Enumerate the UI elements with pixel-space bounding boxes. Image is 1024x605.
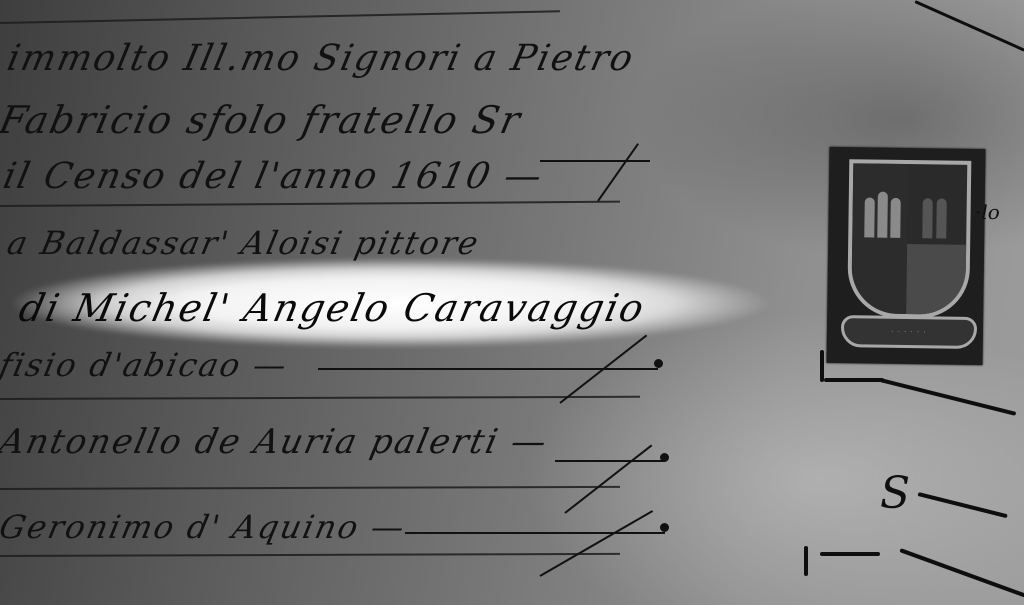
line-end-dot	[660, 523, 669, 532]
line-end-dash	[540, 160, 650, 162]
line-end-dash	[555, 460, 665, 462]
document-line-7: Antonello de Auria palerti —	[0, 422, 552, 462]
ink-stroke	[914, 0, 1024, 52]
ruled-line	[0, 201, 620, 207]
margin-note: ·lo	[975, 200, 1000, 224]
stamp-ribbon: · · · · · ·	[841, 315, 977, 349]
ruled-line	[0, 553, 620, 557]
line-end-dot	[654, 359, 663, 368]
ruled-line	[0, 486, 620, 490]
document-photo: immolto Ill.mo Signori a Pietro Fabricio…	[0, 0, 1024, 605]
margin-mark-dash	[918, 492, 1008, 518]
line-end-dash	[318, 368, 658, 370]
document-line-1: immolto Ill.mo Signori a Pietro	[4, 38, 639, 79]
document-line-5-highlighted: di Michel' Angelo Caravaggio	[15, 286, 649, 330]
margin-mark-tail	[880, 378, 1017, 416]
line-end-dot	[660, 453, 669, 462]
line-end-slash	[540, 510, 654, 577]
margin-note-s: S	[880, 468, 910, 519]
document-line-2: Fabricio sfolo fratello Sr	[0, 98, 526, 142]
margin-mark-l2-vertical	[804, 546, 808, 576]
margin-mark-tail-2	[899, 548, 1024, 600]
line-end-slash	[597, 143, 639, 201]
margin-mark-l-base	[824, 378, 884, 382]
ruled-line	[0, 10, 560, 24]
line-end-dash	[405, 532, 665, 534]
document-line-6: fisio d'abicao —	[0, 346, 292, 384]
margin-mark-l-vertical	[820, 350, 824, 382]
line-end-slash	[564, 444, 652, 513]
document-line-3: il Censo del l'anno 1610 —	[0, 156, 547, 197]
margin-mark-l2-base	[820, 552, 880, 556]
coat-of-arms-stamp: · · · · · ·	[826, 147, 985, 365]
shield-icon	[847, 159, 971, 319]
document-line-4: a Baldassar' Aloisi pittore	[4, 224, 484, 262]
document-line-8: Geronimo d' Aquino —	[0, 508, 410, 546]
ruled-line	[0, 396, 640, 400]
